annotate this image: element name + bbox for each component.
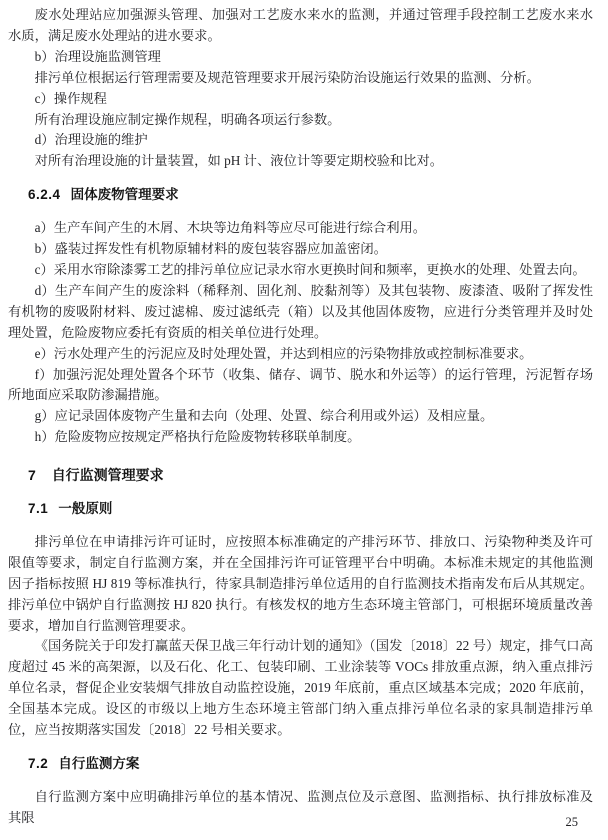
- paragraph: 对所有治理设施的计量装置，如 pH 计、液位计等要定期校验和比对。: [8, 151, 593, 172]
- heading-self-monitoring-plan: 7.2自行监测方案: [28, 754, 593, 775]
- section-title: 固体废物管理要求: [71, 187, 179, 202]
- list-item: d）生产车间产生的废涂料（稀释剂、固化剂、胶黏剂等）及其包装物、废漆渣、吸附了挥…: [8, 281, 593, 344]
- paragraph: 废水处理站应加强源头管理、加强对工艺废水来水的监测，并通过管理手段控制工艺废水来…: [8, 5, 593, 47]
- document-page: 废水处理站应加强源头管理、加强对工艺废水来水的监测，并通过管理手段控制工艺废水来…: [0, 0, 608, 840]
- list-item: c）操作规程: [8, 89, 593, 110]
- heading-solid-waste-management: 6.2.4固体废物管理要求: [28, 185, 593, 206]
- section-number: 7.2: [28, 756, 48, 771]
- list-item: b）治理设施监测管理: [8, 47, 593, 68]
- chapter-title: 自行监测管理要求: [52, 467, 164, 483]
- section-number: 6.2.4: [28, 187, 61, 202]
- list-item: e）污水处理产生的污泥应及时处理处置，并达到相应的污染物排放或控制标准要求。: [8, 344, 593, 365]
- paragraph: 排污单位根据运行管理需要及规范管理要求开展污染防治设施运行效果的监测、分析。: [8, 68, 593, 89]
- section-title: 自行监测方案: [58, 756, 139, 771]
- list-item: a）生产车间产生的木屑、木块等边角料等应尽可能进行综合利用。: [8, 218, 593, 239]
- list-item: f）加强污泥处理处置各个环节（收集、储存、调节、脱水和外运等）的运行管理，污泥暂…: [8, 365, 593, 407]
- list-item: d）治理设施的维护: [8, 130, 593, 151]
- list-item: c）采用水帘除漆雾工艺的排污单位应记录水帘水更换时间和频率，更换水的处理、处置去…: [8, 260, 593, 281]
- section-number: 7.1: [28, 501, 48, 516]
- paragraph: 所有治理设施应制定操作规程，明确各项运行参数。: [8, 110, 593, 131]
- paragraph: 《国务院关于印发打赢蓝天保卫战三年行动计划的通知》（国发〔2018〕22 号）规…: [8, 636, 593, 741]
- paragraph: 自行监测方案中应明确排污单位的基本情况、监测点位及示意图、监测指标、执行排放标准…: [8, 787, 593, 829]
- page-number: 25: [566, 815, 579, 830]
- paragraph: 排污单位在申请排污许可证时，应按照本标准确定的产排污环节、排放口、污染物种类及许…: [8, 532, 593, 637]
- heading-general-principles: 7.1一般原则: [28, 499, 593, 520]
- list-item: b）盛装过挥发性有机物原辅材料的废包装容器应加盖密闭。: [8, 239, 593, 260]
- chapter-number: 7: [28, 467, 36, 483]
- list-item: h）危险废物应按规定严格执行危险废物转移联单制度。: [8, 427, 593, 448]
- list-item: g）应记录固体废物产生量和去向（处理、处置、综合利用或外运）及相应量。: [8, 406, 593, 427]
- section-title: 一般原则: [58, 501, 112, 516]
- heading-self-monitoring-requirements: 7自行监测管理要求: [28, 465, 593, 486]
